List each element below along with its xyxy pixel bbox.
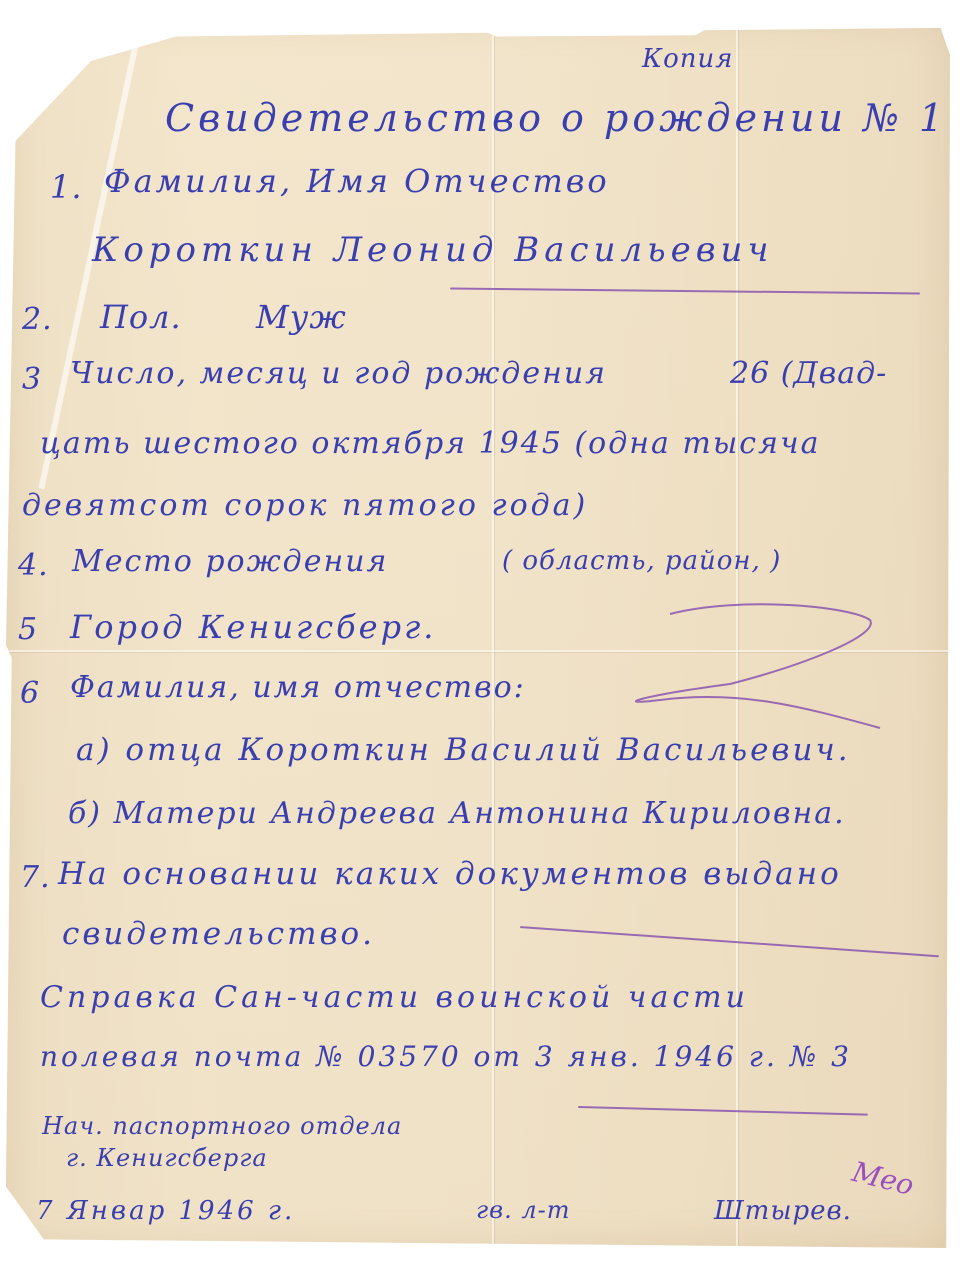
- field-3-value-line2: цать шестого октября 1945 (одна тысяча: [40, 426, 821, 461]
- field-1-value: Короткин Леонид Васильевич: [92, 230, 774, 270]
- field-7-value-line1: Справка Сан-части воинской части: [40, 980, 749, 1015]
- field-2-number: 2.: [22, 302, 53, 337]
- field-3-label: Число, месяц и год рождения: [70, 356, 607, 391]
- field-2-value: Муж: [256, 298, 347, 336]
- field-4-number: 4.: [18, 548, 49, 583]
- field-5-label: Город Кенигсберг.: [70, 608, 436, 646]
- field-3-value-line1: 26 (Двад-: [730, 356, 887, 391]
- field-6-mother: б) Матери Андреева Антонина Кириловна.: [68, 796, 846, 831]
- officer-rank: гв. л-т: [476, 1196, 571, 1224]
- field-7-label-line2: свидетельство.: [62, 916, 375, 952]
- field-3-value-line3: девятсот сорок пятого года): [22, 488, 588, 523]
- field-1-number: 1.: [50, 168, 83, 206]
- field-7-value-line2: полевая почта № 03570 от 3 янв. 1946 г. …: [40, 1040, 852, 1073]
- field-1-label: Фамилия, Имя Отчество: [104, 162, 610, 200]
- issuer-line-1: Нач. паспортного отдела: [42, 1112, 402, 1140]
- issuer-line-2: г. Кенигсберга: [66, 1144, 268, 1172]
- issue-date: 7 Январ 1946 г.: [36, 1196, 295, 1226]
- field-7-label-line1: На основании каких документов выдано: [58, 856, 842, 892]
- field-4-value: ( область, район, ): [502, 546, 781, 576]
- field-5-number: 5: [18, 612, 38, 647]
- copy-mark: Копия: [642, 44, 733, 74]
- field-4-label: Место рождения: [72, 544, 388, 579]
- document-title: Свидетельство о рождении № 1: [165, 96, 947, 140]
- field-3-number: 3: [22, 362, 42, 397]
- field-2-label: Пол.: [100, 298, 182, 336]
- field-6-father: а) отца Короткин Василий Васильевич.: [76, 732, 851, 768]
- officer-signature: Штырев.: [714, 1196, 852, 1226]
- blank-z-stroke: [600, 596, 890, 736]
- field-6-label: Фамилия, имя отчество:: [70, 670, 526, 705]
- field-6-number: 6: [20, 676, 40, 711]
- field-7-number: 7.: [20, 860, 51, 895]
